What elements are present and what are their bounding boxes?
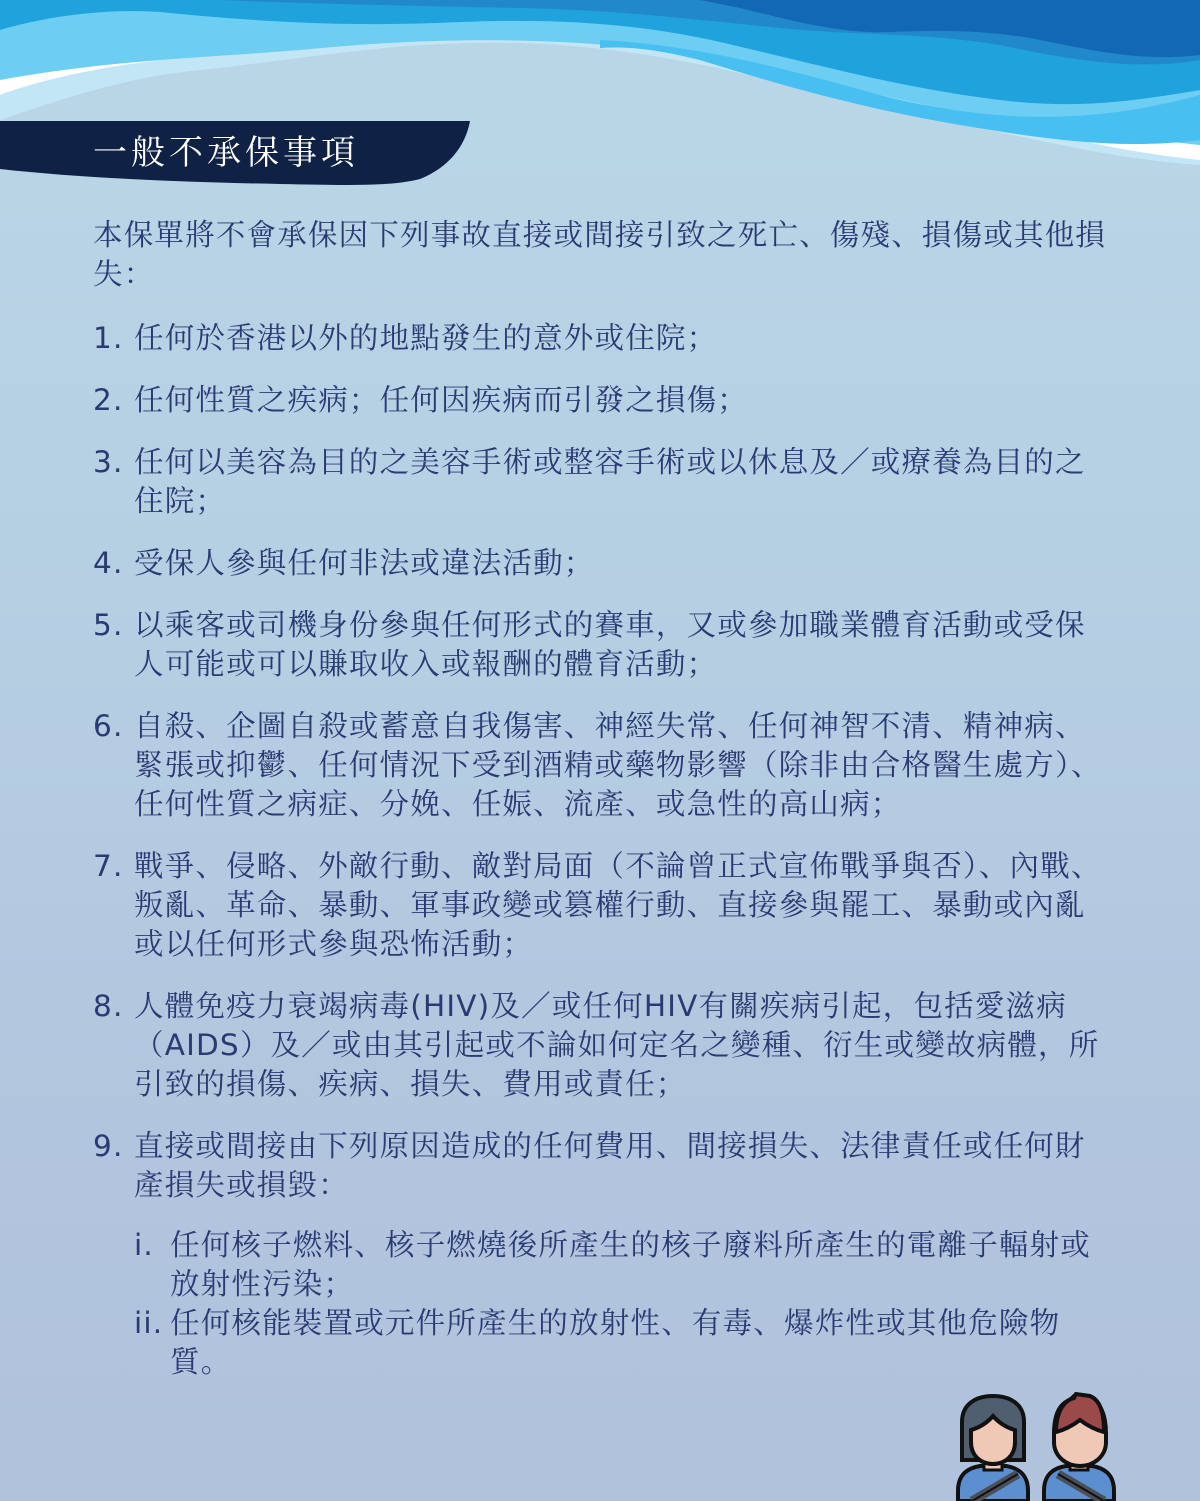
item-text: 人體免疫力衰竭病毒(HIV)及／或任何HIV有關疾病引起，包括愛滋病（AIDS）…	[134, 987, 1113, 1104]
exclusion-item-6: 6. 自殺、企圖自殺或蓄意自我傷害、神經失常、任何神智不清、精神病、緊張或抑鬱、…	[93, 707, 1113, 824]
exclusion-item-3: 3. 任何以美容為目的之美容手術或整容手術或以休息及／或療養為目的之住院；	[93, 443, 1113, 521]
item-number: 4.	[93, 544, 134, 583]
exclusion-item-4: 4. 受保人參與任何非法或違法活動；	[93, 544, 1113, 583]
sub-item-number: ii.	[134, 1304, 170, 1382]
item-body: 直接或間接由下列原因造成的任何費用、間接損失、法律責任或任何財產損失或損毀： i…	[134, 1127, 1113, 1382]
item-text: 任何於香港以外的地點發生的意外或住院；	[134, 319, 1113, 358]
exclusion-item-7: 7. 戰爭、侵略、外敵行動、敵對局面（不論曾正式宣佈戰爭與否）、內戰、叛亂、革命…	[93, 847, 1113, 964]
item-text: 任何性質之疾病；任何因疾病而引發之損傷；	[134, 381, 1113, 420]
item-number: 5.	[93, 606, 134, 684]
intro-paragraph: 本保單將不會承保因下列事故直接或間接引致之死亡、傷殘、損傷或其他損失：	[93, 216, 1113, 294]
item-number: 3.	[93, 443, 134, 521]
item-number: 7.	[93, 847, 134, 964]
exclusion-item-1: 1. 任何於香港以外的地點發生的意外或住院；	[93, 319, 1113, 358]
exclusions-content: 本保單將不會承保因下列事故直接或間接引致之死亡、傷殘、損傷或其他損失： 1. 任…	[93, 216, 1113, 1405]
item-text: 戰爭、侵略、外敵行動、敵對局面（不論曾正式宣佈戰爭與否）、內戰、叛亂、革命、暴動…	[134, 847, 1113, 964]
exclusion-item-5: 5. 以乘客或司機身份參與任何形式的賽車，又或參加職業體育活動或受保人可能或可以…	[93, 606, 1113, 684]
item-text: 受保人參與任何非法或違法活動；	[134, 544, 1113, 583]
sub-item-ii: ii. 任何核能裝置或元件所產生的放射性、有毒、爆炸性或其他危險物質。	[134, 1304, 1113, 1382]
page-title: 一般不承保事項	[93, 131, 359, 175]
item-number: 1.	[93, 319, 134, 358]
two-passengers-seatbelt-icon	[940, 1390, 1130, 1501]
item-text: 自殺、企圖自殺或蓄意自我傷害、神經失常、任何神智不清、精神病、緊張或抑鬱、任何情…	[134, 707, 1113, 824]
item-text: 任何以美容為目的之美容手術或整容手術或以休息及／或療養為目的之住院；	[134, 443, 1113, 521]
item-text: 以乘客或司機身份參與任何形式的賽車，又或參加職業體育活動或受保人可能或可以賺取收…	[134, 606, 1113, 684]
exclusion-item-9: 9. 直接或間接由下列原因造成的任何費用、間接損失、法律責任或任何財產損失或損毀…	[93, 1127, 1113, 1382]
sub-item-list: i. 任何核子燃料、核子燃燒後所產生的核子廢料所產生的電離子輻射或放射性污染； …	[134, 1226, 1113, 1382]
item-number: 9.	[93, 1127, 134, 1382]
sub-item-text: 任何核能裝置或元件所產生的放射性、有毒、爆炸性或其他危險物質。	[170, 1304, 1113, 1382]
item-number: 2.	[93, 381, 134, 420]
item-number: 8.	[93, 987, 134, 1104]
item-number: 6.	[93, 707, 134, 824]
sub-item-text: 任何核子燃料、核子燃燒後所產生的核子廢料所產生的電離子輻射或放射性污染；	[170, 1226, 1113, 1304]
sub-item-number: i.	[134, 1226, 170, 1304]
sub-item-i: i. 任何核子燃料、核子燃燒後所產生的核子廢料所產生的電離子輻射或放射性污染；	[134, 1226, 1113, 1304]
exclusion-item-2: 2. 任何性質之疾病；任何因疾病而引發之損傷；	[93, 381, 1113, 420]
exclusion-item-8: 8. 人體免疫力衰竭病毒(HIV)及／或任何HIV有關疾病引起，包括愛滋病（AI…	[93, 987, 1113, 1104]
item-text: 直接或間接由下列原因造成的任何費用、間接損失、法律責任或任何財產損失或損毀：	[134, 1127, 1113, 1205]
man-passenger-icon	[1044, 1394, 1114, 1501]
woman-passenger-icon	[958, 1396, 1028, 1501]
